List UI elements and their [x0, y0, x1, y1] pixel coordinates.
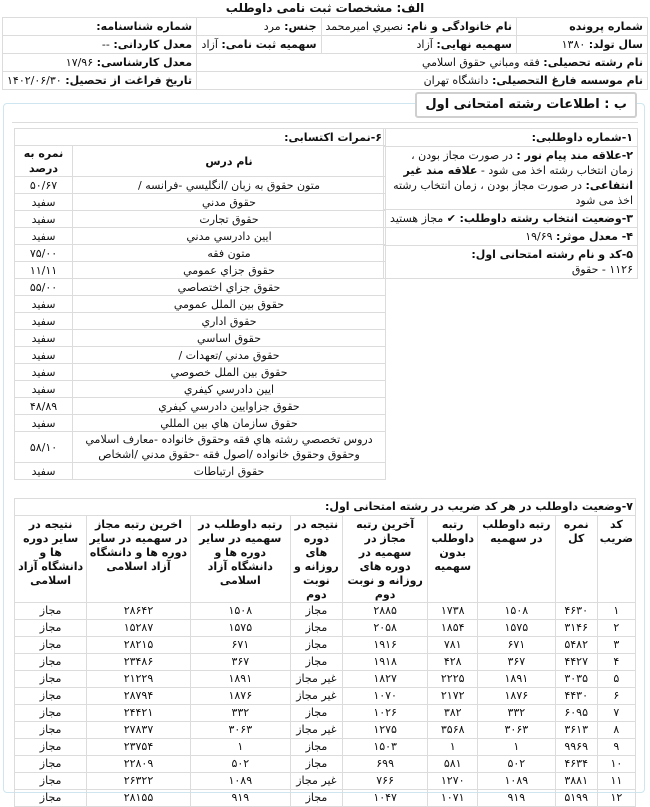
rank-cell: ۲۱۲۲۹: [87, 671, 191, 688]
rank-cell: ۱۵۷۵: [190, 620, 290, 637]
effective-gpa: ۴- معدل موثر: ۱۹/۶۹: [384, 228, 637, 246]
ranks-caption: ۷-وضعیت داوطلب در هر کد ضریب در رشته امت…: [15, 499, 636, 516]
grade-row: حقوق تجارتسفید: [15, 211, 386, 228]
rank-cell: ۱۲۷۰: [428, 773, 478, 790]
rank-cell: ۱۹۱۶: [342, 637, 427, 654]
rank-cell: ۳۶۷: [478, 654, 556, 671]
rank-cell: ۱: [190, 739, 290, 756]
rank-cell: ۱۰: [597, 756, 635, 773]
rank-column-header: نمره کل: [555, 516, 597, 603]
course-score: سفید: [15, 415, 73, 432]
rank-cell: مجاز: [290, 603, 342, 620]
course-name: حقوق جزاي عمومي: [73, 262, 386, 279]
rank-cell: ۱۲: [597, 790, 635, 797]
rank-cell: ۷۸۱: [428, 637, 478, 654]
course-name: ايين دادرسي كيفري: [73, 381, 386, 398]
registration-row: شماره پرونده نام خانوادگی و نام: نصيري ا…: [3, 18, 648, 36]
rank-cell: ۳۰۶۳: [190, 722, 290, 739]
rank-cell: ۱۵۰۳: [342, 739, 427, 756]
grade-row: حقوق جزاي عمومي۱۱/۱۱: [15, 262, 386, 279]
rank-cell: ۳: [597, 637, 635, 654]
rank-cell: ۶۷۱: [190, 637, 290, 654]
rank-cell: ۳۳۲: [190, 705, 290, 722]
course-name: دروس تخصصي رشته هاي فقه وحقوق خانواده -م…: [73, 432, 386, 463]
rank-row: ۹۹۹۶۹۱۱۱۵۰۳مجاز۱۲۳۷۵۴مجاز: [15, 739, 636, 756]
rank-row: ۱۲۵۱۹۹۹۱۹۱۰۷۱۱۰۴۷مجاز۹۱۹۲۸۱۵۵مجاز: [15, 790, 636, 797]
rank-cell: ۱۵۰۸: [478, 603, 556, 620]
grade-row: حقوق بين الملل عموميسفید: [15, 296, 386, 313]
rank-cell: ۹۹۶۹: [555, 739, 597, 756]
exam-field-code: ۵-کد و نام رشته امتحانی اول:۱۱۲۶ - حقوق: [384, 246, 637, 278]
rank-row: ۴۴۴۲۷۳۶۷۴۲۸۱۹۱۸مجاز۳۶۷۲۳۴۸۶مجاز: [15, 654, 636, 671]
interest-note: ۲-علاقه مند پیام نور : در صورت مجاز بودن…: [384, 147, 637, 210]
rank-cell: ۴: [597, 654, 635, 671]
grades-table: ۶-نمرات اکتسابی: نام درس نمره به درصد مت…: [14, 128, 386, 480]
course-name: حقوق ارتباطات: [73, 463, 386, 480]
rank-row: ۲۳۱۴۶۱۵۷۵۱۸۵۴۲۰۵۸مجاز۱۵۷۵۱۵۲۸۷مجاز: [15, 620, 636, 637]
rank-cell: ۳۵۶۸: [428, 722, 478, 739]
ranks-table: ۷-وضعیت داوطلب در هر کد ضریب در رشته امت…: [14, 498, 636, 796]
rank-cell: ۳۸۸۱: [555, 773, 597, 790]
rank-cell: ۳۱۴۶: [555, 620, 597, 637]
course-name: حقوق سازمان هاي بين المللي: [73, 415, 386, 432]
course-name: حقوق اساسي: [73, 330, 386, 347]
rank-column-header: رتبه داوطلب در سهمیه در سایر دوره ها و د…: [190, 516, 290, 603]
rank-cell: ۱: [478, 739, 556, 756]
rank-cell: ۱۱: [597, 773, 635, 790]
rank-column-header: اخرین رتبه مجاز در سهمیه در سایر دوره ها…: [87, 516, 191, 603]
rank-cell: مجاز: [15, 637, 87, 654]
course-score: ۵۵/۰۰: [15, 279, 73, 296]
registration-quota-cell: سهمیه ثبت نامی: آزاد: [197, 36, 322, 54]
rank-cell: ۶۷۱: [478, 637, 556, 654]
course-name: حقوق بين الملل خصوصي: [73, 364, 386, 381]
grade-row: حقوق اداريسفید: [15, 313, 386, 330]
rank-cell: ۱۰۸۹: [478, 773, 556, 790]
course-name: حقوق مدني: [73, 194, 386, 211]
rank-cell: غیر مجاز: [290, 671, 342, 688]
rank-cell: ۲۴۴۲۱: [87, 705, 191, 722]
rank-cell: ۵۰۲: [478, 756, 556, 773]
grade-row: متون حقوق به زبان /انگليسي -فرانسه /۵۰/۶…: [15, 177, 386, 194]
registration-row: نام موسسه فارغ التحصیلی: دانشگاه تهران ت…: [3, 72, 648, 90]
rank-cell: ۱۲۷۵: [342, 722, 427, 739]
course-score: سفید: [15, 347, 73, 364]
rank-cell: ۱۹۱۸: [342, 654, 427, 671]
rank-cell: غیر مجاز: [290, 722, 342, 739]
rank-cell: ۱۸۷۶: [478, 688, 556, 705]
rank-cell: ۲۸۱۵۵: [87, 790, 191, 797]
checkmark-icon: ✔: [447, 212, 456, 225]
divider: [12, 122, 638, 123]
course-name: حقوق تجارت: [73, 211, 386, 228]
rank-cell: ۱۸۹۱: [478, 671, 556, 688]
course-score: ۵۸/۱۰: [15, 432, 73, 463]
rank-cell: ۷۶۶: [342, 773, 427, 790]
file-number-cell: شماره پرونده: [516, 18, 647, 36]
grade-row: حقوق مدنيسفید: [15, 194, 386, 211]
rank-cell: ۵۱۹۹: [555, 790, 597, 797]
course-score: ۷۵/۰۰: [15, 245, 73, 262]
rank-cell: ۴۶۳۰: [555, 603, 597, 620]
bachelor-gpa-cell: معدل کارشناسی: ۱۷/۹۶: [3, 54, 197, 72]
rank-cell: ۲۳۴۸۶: [87, 654, 191, 671]
rank-cell: ۲۱۷۲: [428, 688, 478, 705]
rank-cell: ۱۰۷۰: [342, 688, 427, 705]
section-b-title: ب : اطلاعات رشته امتحانی اول: [415, 92, 637, 118]
rank-cell: ۵۴۸۲: [555, 637, 597, 654]
grades-panel: ۶-نمرات اکتسابی: نام درس نمره به درصد مت…: [14, 128, 386, 480]
course-name: متون فقه: [73, 245, 386, 262]
rank-cell: ۸: [597, 722, 635, 739]
course-score: سفید: [15, 364, 73, 381]
course-name: حقوق بين الملل عمومي: [73, 296, 386, 313]
field-of-study-cell: نام رشته تحصیلی: فقه ومباني حقوق اسلامي: [197, 54, 648, 72]
grade-row: حقوق اساسيسفید: [15, 330, 386, 347]
grade-row: حقوق مدني /تعهدات /سفید: [15, 347, 386, 364]
rank-cell: ۱۰۲۶: [342, 705, 427, 722]
rank-cell: ۳۸۲: [428, 705, 478, 722]
rank-cell: ۱۷۳۸: [428, 603, 478, 620]
candidate-registration-section: الف: مشخصات ثبت نامی داوطلب شماره پرونده…: [2, 0, 648, 90]
rank-cell: ۲۷۸۳۷: [87, 722, 191, 739]
rank-column-header: نتیجه در دوره های روزانه و نوبت دوم: [290, 516, 342, 603]
rank-cell: مجاز: [290, 637, 342, 654]
course-score: ۱۱/۱۱: [15, 262, 73, 279]
rank-row: ۳۵۴۸۲۶۷۱۷۸۱۱۹۱۶مجاز۶۷۱۲۸۲۱۵مجاز: [15, 637, 636, 654]
grade-row: حقوق جزاي اختصاصي۵۵/۰۰: [15, 279, 386, 296]
course-score: سفید: [15, 313, 73, 330]
rank-column-header: کد ضریب: [597, 516, 635, 603]
rank-cell: ۶۹۹: [342, 756, 427, 773]
rank-cell: غیر مجاز: [290, 773, 342, 790]
rank-cell: ۱۸۷۶: [190, 688, 290, 705]
rank-cell: ۹۱۹: [190, 790, 290, 797]
rank-cell: مجاز: [290, 620, 342, 637]
rank-row: ۵۳۰۳۵۱۸۹۱۲۲۲۵۱۸۲۷غیر مجاز۱۸۹۱۲۱۲۲۹مجاز: [15, 671, 636, 688]
course-name: حقوق جزاي اختصاصي: [73, 279, 386, 296]
rank-cell: مجاز: [15, 671, 87, 688]
associate-gpa-cell: معدل کاردانی: --: [3, 36, 197, 54]
course-name: ايين دادرسي مدني: [73, 228, 386, 245]
rank-cell: ۱۰۴۷: [342, 790, 427, 797]
rank-cell: ۴۶۳۴: [555, 756, 597, 773]
rank-cell: مجاز: [15, 722, 87, 739]
rank-cell: مجاز: [15, 705, 87, 722]
rank-cell: مجاز: [15, 603, 87, 620]
rank-row: ۸۳۶۱۳۳۰۶۳۳۵۶۸۱۲۷۵غیر مجاز۳۰۶۳۲۷۸۳۷مجاز: [15, 722, 636, 739]
full-name-cell: نام خانوادگی و نام: نصيري اميرمحمد: [321, 18, 516, 36]
rank-cell: ۲۲۲۵: [428, 671, 478, 688]
course-name: حقوق اداري: [73, 313, 386, 330]
rank-cell: ۱۸۹۱: [190, 671, 290, 688]
rank-cell: ۲۲۸۰۹: [87, 756, 191, 773]
rank-cell: ۷: [597, 705, 635, 722]
rank-cell: مجاز: [15, 620, 87, 637]
rank-cell: ۲: [597, 620, 635, 637]
rank-cell: ۳۶۱۳: [555, 722, 597, 739]
rank-cell: غیر مجاز: [290, 688, 342, 705]
selection-status: ۳-وضعیت انتخاب رشته داوطلب: ✔ مجاز هستید: [384, 210, 637, 228]
grade-row: حقوق جزاوايين دادرسي كيفري۴۸/۸۹: [15, 398, 386, 415]
final-quota-cell: سهمیه نهایی: آزاد: [321, 36, 516, 54]
grade-row: متون فقه۷۵/۰۰: [15, 245, 386, 262]
rank-cell: ۶۰۹۵: [555, 705, 597, 722]
rank-cell: ۵۰۲: [190, 756, 290, 773]
rank-cell: مجاز: [290, 705, 342, 722]
course-name: متون حقوق به زبان /انگليسي -فرانسه /: [73, 177, 386, 194]
rank-cell: مجاز: [15, 773, 87, 790]
grade-row: دروس تخصصي رشته هاي فقه وحقوق خانواده -م…: [15, 432, 386, 463]
rank-cell: ۹۱۹: [478, 790, 556, 797]
rank-cell: ۲۶۳۲۲: [87, 773, 191, 790]
rank-cell: مجاز: [15, 756, 87, 773]
rank-cell: مجاز: [290, 790, 342, 797]
grade-row: حقوق بين الملل خصوصيسفید: [15, 364, 386, 381]
rank-cell: ۱: [428, 739, 478, 756]
registration-row: سال تولد: ۱۳۸۰ سهمیه نهایی: آزاد سهمیه ث…: [3, 36, 648, 54]
rank-cell: ۳۰۶۳: [478, 722, 556, 739]
rank-cell: ۶: [597, 688, 635, 705]
rank-cell: ۲۰۵۸: [342, 620, 427, 637]
grade-row: حقوق سازمان هاي بين الملليسفید: [15, 415, 386, 432]
course-score: ۴۸/۸۹: [15, 398, 73, 415]
course-score: سفید: [15, 296, 73, 313]
rank-row: ۱۴۶۳۰۱۵۰۸۱۷۳۸۲۸۸۵مجاز۱۵۰۸۲۸۶۴۲مجاز: [15, 603, 636, 620]
rank-cell: مجاز: [15, 790, 87, 797]
registration-row: نام رشته تحصیلی: فقه ومباني حقوق اسلامي …: [3, 54, 648, 72]
rank-row: ۶۴۴۳۰۱۸۷۶۲۱۷۲۱۰۷۰غیر مجاز۱۸۷۶۲۸۷۹۴مجاز: [15, 688, 636, 705]
course-header: نام درس: [73, 146, 386, 177]
rank-cell: ۳۰۳۵: [555, 671, 597, 688]
rank-cell: ۹: [597, 739, 635, 756]
institution-cell: نام موسسه فارغ التحصیلی: دانشگاه تهران: [197, 72, 648, 90]
rank-cell: مجاز: [15, 654, 87, 671]
exam-info-panel: ۱-شماره داوطلبی: ۲-علاقه مند پیام نور : …: [383, 128, 638, 279]
rank-cell: ۴۴۲۷: [555, 654, 597, 671]
gender-cell: جنس: مرد: [197, 18, 322, 36]
rank-cell: ۲۸۶۴۲: [87, 603, 191, 620]
course-score: سفید: [15, 194, 73, 211]
rank-cell: مجاز: [15, 688, 87, 705]
rank-cell: ۱: [597, 603, 635, 620]
rank-column-header: آخرین رتبه مجاز در سهمیه در دوره های روز…: [342, 516, 427, 603]
rank-cell: ۲۸۸۵: [342, 603, 427, 620]
rank-row: ۱۱۳۸۸۱۱۰۸۹۱۲۷۰۷۶۶غیر مجاز۱۰۸۹۲۶۳۲۲مجاز: [15, 773, 636, 790]
rank-cell: مجاز: [290, 654, 342, 671]
rank-cell: ۳۳۲: [478, 705, 556, 722]
rank-cell: ۱۵۲۸۷: [87, 620, 191, 637]
rank-cell: ۱۵۰۸: [190, 603, 290, 620]
course-score: سفید: [15, 381, 73, 398]
rank-row: ۷۶۰۹۵۳۳۲۳۸۲۱۰۲۶مجاز۳۳۲۲۴۴۲۱مجاز: [15, 705, 636, 722]
rank-cell: ۱۸۲۷: [342, 671, 427, 688]
rank-cell: ۳۶۷: [190, 654, 290, 671]
graduation-date-cell: تاریخ فراغت از تحصیل: ۱۴۰۲/۰۶/۳۰: [3, 72, 197, 90]
rank-column-header: رتبه داوطلب در سهمیه: [478, 516, 556, 603]
ranks-panel: ۷-وضعیت داوطلب در هر کد ضریب در رشته امت…: [14, 498, 636, 796]
course-score: سفید: [15, 463, 73, 480]
rank-cell: مجاز: [290, 739, 342, 756]
course-score: سفید: [15, 228, 73, 245]
rank-row: ۱۰۴۶۳۴۵۰۲۵۸۱۶۹۹مجاز۵۰۲۲۲۸۰۹مجاز: [15, 756, 636, 773]
rank-cell: ۲۳۷۵۴: [87, 739, 191, 756]
rank-cell: ۲۸۲۱۵: [87, 637, 191, 654]
rank-cell: مجاز: [15, 739, 87, 756]
course-name: حقوق جزاوايين دادرسي كيفري: [73, 398, 386, 415]
rank-column-header: رتبه داوطلب بدون سهمیه: [428, 516, 478, 603]
grade-row: ايين دادرسي كيفريسفید: [15, 381, 386, 398]
id-number-cell: شماره شناسنامه:: [3, 18, 197, 36]
rank-cell: ۵۸۱: [428, 756, 478, 773]
section-a-title: الف: مشخصات ثبت نامی داوطلب: [2, 0, 648, 17]
grade-row: حقوق ارتباطاتسفید: [15, 463, 386, 480]
course-score: سفید: [15, 330, 73, 347]
candidate-number: ۱-شماره داوطلبی:: [384, 129, 637, 147]
rank-cell: ۱۰۸۹: [190, 773, 290, 790]
grade-row: ايين دادرسي مدنيسفید: [15, 228, 386, 245]
rank-cell: ۴۲۸: [428, 654, 478, 671]
course-score: سفید: [15, 211, 73, 228]
rank-column-header: نتیجه در سایر دوره ها و دانشگاه آزاد اسل…: [15, 516, 87, 603]
course-score: ۵۰/۶۷: [15, 177, 73, 194]
rank-cell: ۴۴۳۰: [555, 688, 597, 705]
rank-cell: ۱۰۷۱: [428, 790, 478, 797]
rank-cell: ۱۸۵۴: [428, 620, 478, 637]
course-name: حقوق مدني /تعهدات /: [73, 347, 386, 364]
rank-cell: ۵: [597, 671, 635, 688]
registration-table: شماره پرونده نام خانوادگی و نام: نصيري ا…: [2, 17, 648, 90]
rank-cell: ۲۸۷۹۴: [87, 688, 191, 705]
rank-cell: مجاز: [290, 756, 342, 773]
grades-caption: ۶-نمرات اکتسابی:: [15, 129, 386, 146]
birth-year-cell: سال تولد: ۱۳۸۰: [516, 36, 647, 54]
score-header: نمره به درصد: [15, 146, 73, 177]
rank-cell: ۱۵۷۵: [478, 620, 556, 637]
